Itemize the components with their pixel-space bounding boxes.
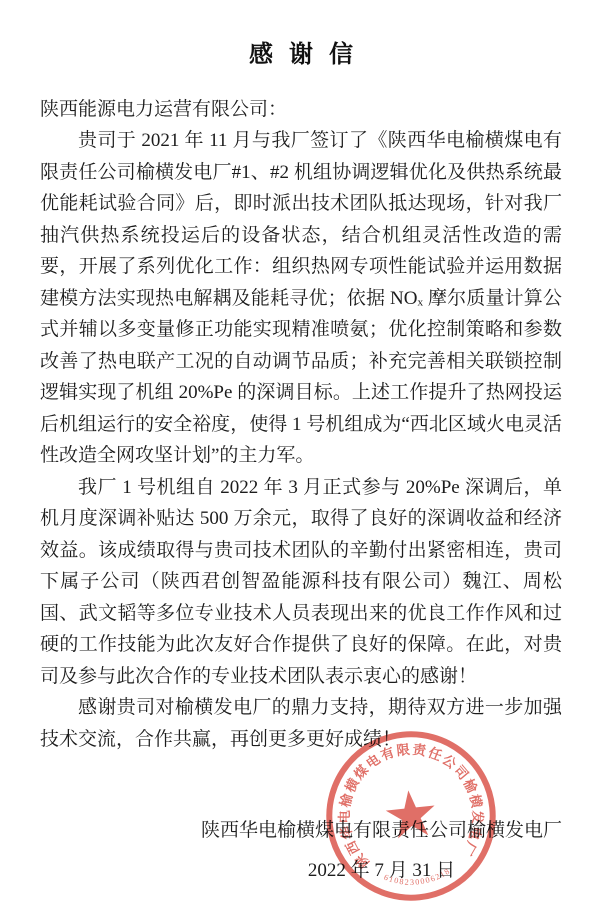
signature-date: 2022 年 7 月 31 日 (201, 855, 562, 886)
signature-inner: 陕西华电榆横煤电有限责任公司榆横发电厂 2022 年 7 月 31 日 (201, 815, 562, 886)
letter-title: 感谢信 (40, 34, 562, 69)
paragraph-2: 我厂 1 号机组自 2022 年 3 月正式参与 20%Pe 深调后，单机月度深… (40, 472, 562, 693)
letter-content: 感谢信 陕西能源电力运营有限公司： 贵司于 2021 年 11 月与我厂签订了《… (0, 0, 600, 886)
signature-block: 陕西华电榆横煤电有限责任公司榆横发电厂 2022 年 7 月 31 日 (40, 815, 562, 886)
paragraph-3: 感谢贵司对榆横发电厂的鼎力支持，期待双方进一步加强技术交流，合作共赢，再创更多更… (40, 692, 562, 755)
salutation: 陕西能源电力运营有限公司： (40, 94, 562, 125)
signature-company: 陕西华电榆横煤电有限责任公司榆横发电厂 (201, 815, 562, 846)
letter-page: 感谢信 陕西能源电力运营有限公司： 贵司于 2021 年 11 月与我厂签订了《… (0, 0, 600, 904)
paragraph-1: 贵司于 2021 年 11 月与我厂签订了《陕西华电榆横煤电有限责任公司榆横发电… (40, 125, 562, 472)
